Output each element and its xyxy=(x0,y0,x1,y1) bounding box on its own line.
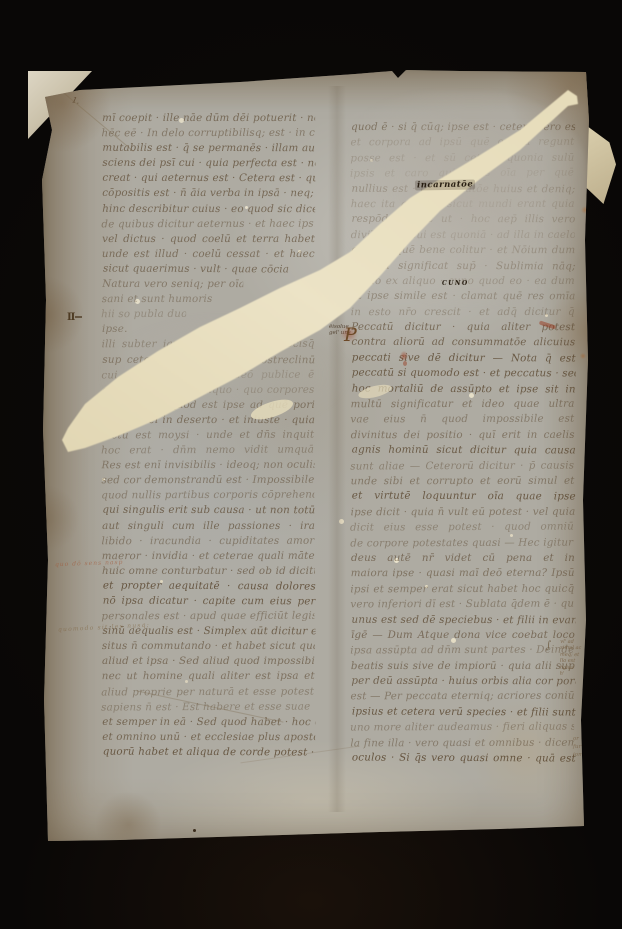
margin-squiggle-mark: ∫ xyxy=(546,640,551,651)
dark-ink-word: incarnatōe xyxy=(415,179,475,190)
photograph-black-backdrop: mī coepit · ille nāe dūm dēi potuerit · … xyxy=(0,0,622,929)
gloss-line: fur xyxy=(573,743,583,751)
initial-letter: P xyxy=(344,324,357,346)
gloss-line: h' xyxy=(560,671,590,678)
gloss-line: or xyxy=(573,735,583,743)
paragraph-mark: II xyxy=(67,312,82,323)
red-pigment-dot xyxy=(488,67,491,71)
damage-streak xyxy=(40,64,592,848)
bottom-edge-speck xyxy=(193,829,196,832)
gloss-line: iom xyxy=(573,751,583,759)
right-edge-jottings: orfuriom xyxy=(573,735,583,759)
rubricated-initial: P xyxy=(342,324,362,348)
red-pigment-drip xyxy=(400,351,408,361)
manuscript-leaf: mī coepit · ille nāe dūm dēi potuerit · … xyxy=(40,64,592,848)
surface-flecks xyxy=(40,64,43,67)
dark-ink-word-2: cuno xyxy=(442,277,469,287)
right-margin-gloss: vl' adsimul acmeq; etlīa esthgiush' xyxy=(560,639,591,678)
